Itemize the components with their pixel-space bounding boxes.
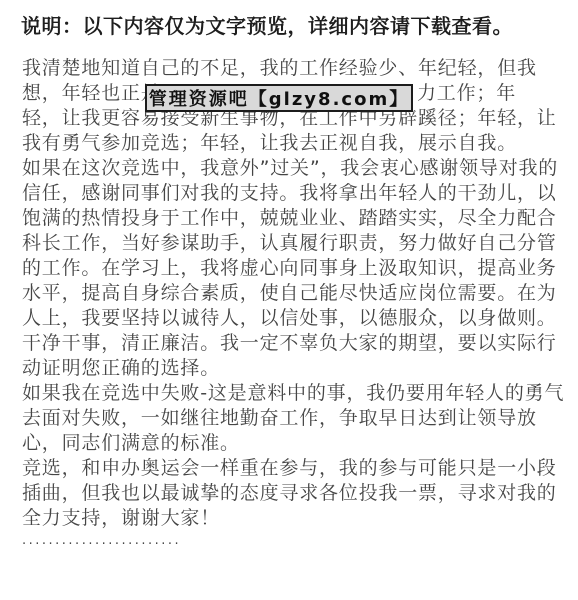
text-line: 人上，我要坚持以诚待人，以信处事，以德服众，以身做则。: [22, 306, 567, 331]
text-line: 全力支持，谢谢大家！: [22, 506, 567, 531]
text-line: 我清楚地知道自己的不足，我的工作经验少、年纪轻，但我: [22, 56, 567, 81]
text-line: 如果我在竞选中失败-这是意料中的事，我仍要用年轻人的勇气: [22, 381, 567, 406]
text-line: 动证明您正确的选择。: [22, 356, 567, 381]
text-line: 科长工作，当好参谋助手，认真履行职责，努力做好自己分管: [22, 231, 567, 256]
text-line: 如果在这次竞选中，我意外”过关”，我会衷心感谢领导对我的: [22, 156, 567, 181]
text-line: 我有勇气参加竞选；年轻，让我去正视自我，展示自我。: [22, 131, 567, 156]
text-fragment-right: 力工作；年: [417, 81, 516, 106]
text-line: 饱满的热情投身于工作中，兢兢业业、踏踏实实，尽全力配合: [22, 206, 567, 231]
text-line: 信任，感谢同事们对我的支持。我将拿出年轻人的干劲儿，以: [22, 181, 567, 206]
text-line: 插曲，但我也以最诚挚的态度寻求各位投我一票，寻求对我的: [22, 481, 567, 506]
watermark-text[interactable]: 管理资源吧【glzy8.com】: [149, 85, 409, 111]
text-line: 干净干事，清正廉洁。我一定不辜负大家的期望，要以实际行: [22, 331, 567, 356]
text-line: 心，同志们满意的标准。: [22, 431, 567, 456]
document-preview-page: 说明：以下内容仅为文字预览，详细内容请下载查看。 我清楚地知道自己的不足，我的工…: [0, 0, 578, 600]
text-line: 水平，提高自身综合素质，使自己能尽快适应岗位需要。在为: [22, 281, 567, 306]
text-fragment-left: 想，年轻也正是: [22, 82, 161, 104]
ellipsis-row: ························: [22, 538, 567, 552]
document-body: 我清楚地知道自己的不足，我的工作经验少、年纪轻，但我 想，年轻也正是 力工作；年…: [22, 56, 567, 552]
text-line: 的工作。在学习上，我将虚心向同事身上汲取知识，提高业务: [22, 256, 567, 281]
text-line: 竞选，和申办奥运会一样重在参与，我的参与可能只是一小段: [22, 456, 567, 481]
watermark-box[interactable]: 管理资源吧【glzy8.com】: [145, 84, 413, 112]
text-line: 去面对失败，一如继往地勤奋工作，争取早日达到让领导放: [22, 406, 567, 431]
preview-notice: 说明：以下内容仅为文字预览，详细内容请下载查看。: [21, 12, 513, 40]
